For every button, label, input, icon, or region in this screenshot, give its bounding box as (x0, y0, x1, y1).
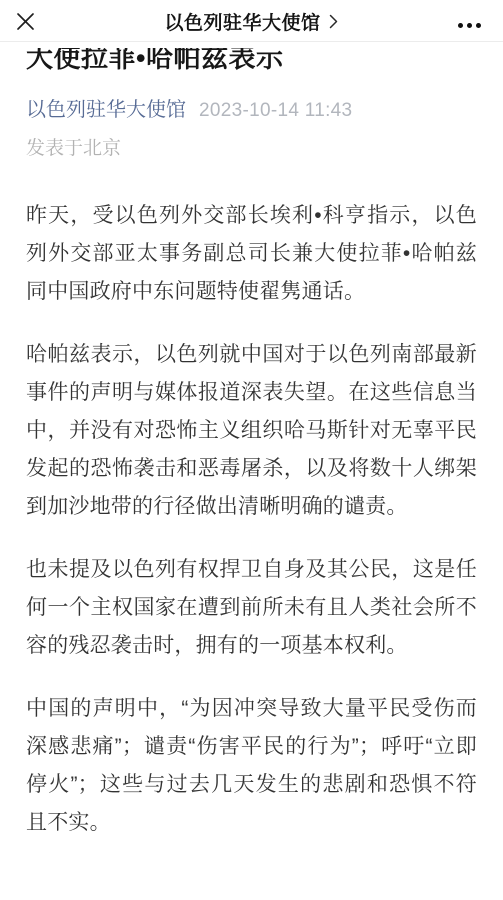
account-name-link[interactable]: 以色列驻华大使馆 (26, 98, 186, 122)
publish-date: 2023-10-14 11:43 (199, 99, 352, 123)
navbar: 以色列驻华大使馆 (0, 0, 503, 42)
more-dot (467, 23, 472, 28)
article: 大使拉菲•哈帕兹表示 以色列驻华大使馆 2023-10-14 11:43 发表于… (0, 0, 503, 842)
article-meta: 以色列驻华大使馆 2023-10-14 11:43 (26, 98, 477, 123)
navbar-title: 以色列驻华大使馆 (164, 8, 320, 35)
article-title-clip: 大使拉菲•哈帕兹表示 (26, 48, 477, 72)
more-icon[interactable] (458, 23, 481, 28)
wechat-article-page: 以色列驻华大使馆 大使拉菲•哈帕兹表示 以色列驻华大使馆 2023-10-14 … (0, 0, 503, 900)
publish-location: 发表于北京 (26, 137, 477, 161)
paragraph-1: 昨天，受以色列外交部长埃利•科亨指示，以色列外交部亚太事务副总司长兼大使拉菲•哈… (26, 197, 477, 311)
more-dot (476, 23, 481, 28)
more-dot (458, 23, 463, 28)
paragraph-3: 也未提及以色列有权捍卫自身及其公民，这是任何一个主权国家在遭到前所未有且人类社会… (26, 551, 477, 665)
article-body: 昨天，受以色列外交部长埃利•科亨指示，以色列外交部亚太事务副总司长兼大使拉菲•哈… (26, 197, 477, 842)
paragraph-4: 中国的声明中，“为因冲突导致大量平民受伤而深感悲痛”；谴责“伤害平民的行为”；呼… (26, 690, 477, 842)
navbar-account-link[interactable]: 以色列驻华大使馆 (0, 0, 503, 42)
article-title: 大使拉菲•哈帕兹表示 (26, 48, 477, 72)
chevron-right-icon (328, 13, 339, 30)
paragraph-2: 哈帕兹表示，以色列就中国对于以色列南部最新事件的声明与媒体报道深表失望。在这些信… (26, 336, 477, 526)
